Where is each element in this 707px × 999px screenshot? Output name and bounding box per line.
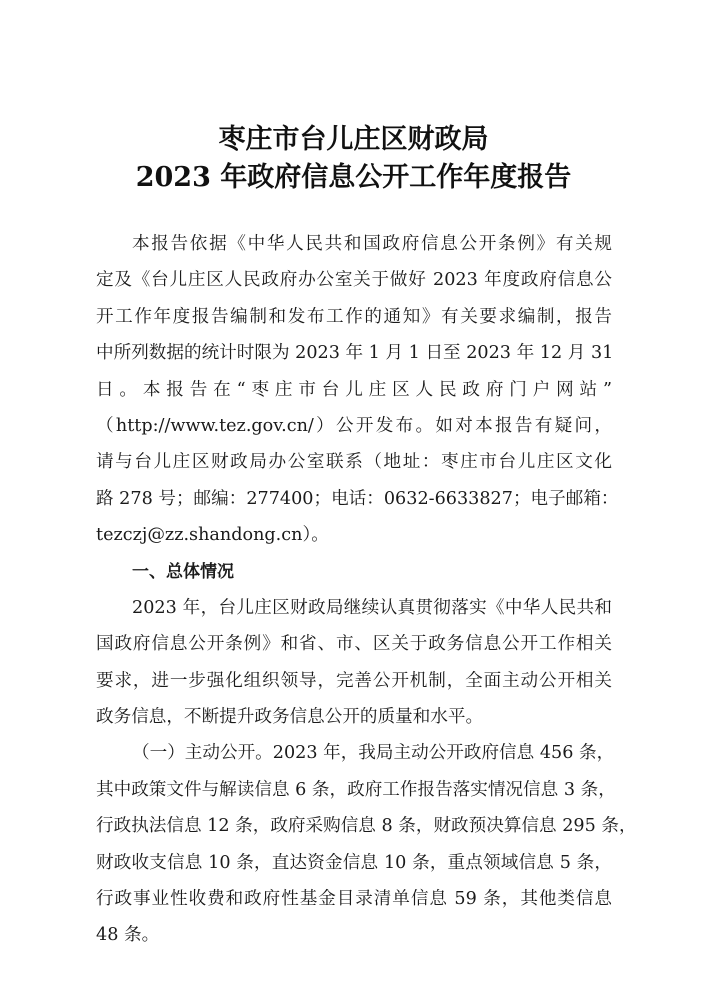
intro-line-1: 本报告依据《中华人民共和国政府信息公开条例》有关规 xyxy=(96,226,612,262)
document-title-line2: 2023 年政府信息公开工作年度报告 xyxy=(0,155,707,194)
intro-line-3: 开工作年度报告编制和发布工作的通知》有关要求编制，报告 xyxy=(96,299,612,335)
proactive-disclosure-line-2: 其中政策文件与解读信息 6 条，政府工作报告落实情况信息 3 条， xyxy=(96,772,612,808)
intro-line-2: 定及《台儿庄区人民政府办公室关于做好 2023 年度政府信息公 xyxy=(96,262,612,298)
section-heading-overview: 一、总体情况 xyxy=(96,554,612,590)
overview-line-3: 要求，进一步强化组织领导，完善公开机制，全面主动公开相关 xyxy=(96,663,612,699)
document-title-line1: 枣庄市台儿庄区财政局 xyxy=(0,117,707,156)
overview-line-2: 国政府信息公开条例》和省、市、区关于政务信息公开工作相关 xyxy=(96,626,612,662)
overview-line-4: 政务信息，不断提升政务信息公开的质量和水平。 xyxy=(96,699,612,735)
intro-line-9: tezczj@zz.shandong.cn）。 xyxy=(96,517,612,553)
proactive-disclosure-line-5: 行政事业性收费和政府性基金目录清单信息 59 条，其他类信息 xyxy=(96,881,612,917)
document-body: 本报告依据《中华人民共和国政府信息公开条例》有关规 定及《台儿庄区人民政府办公室… xyxy=(96,226,612,954)
intro-line-4: 中所列数据的统计时限为 2023 年 1 月 1 日至 2023 年 12 月 … xyxy=(96,335,612,371)
intro-line-5: 日。本报告在“枣庄市台儿庄区人民政府门户网站” xyxy=(96,372,612,408)
intro-line-8: 路 278 号；邮编：277400；电话：0632-6633827；电子邮箱： xyxy=(96,481,612,517)
overview-line-1: 2023 年，台儿庄区财政局继续认真贯彻落实《中华人民共和 xyxy=(96,590,612,626)
intro-line-7: 请与台儿庄区财政局办公室联系（地址：枣庄市台儿庄区文化 xyxy=(96,444,612,480)
intro-line-6: （http://www.tez.gov.cn/）公开发布。如对本报告有疑问， xyxy=(96,408,612,444)
proactive-disclosure-line-1: （一）主动公开。2023 年，我局主动公开政府信息 456 条， xyxy=(96,735,612,771)
proactive-disclosure-line-3: 行政执法信息 12 条，政府采购信息 8 条，财政预决算信息 295 条， xyxy=(96,808,612,844)
proactive-disclosure-line-6: 48 条。 xyxy=(96,917,612,953)
proactive-disclosure-line-4: 财政收支信息 10 条，直达资金信息 10 条，重点领域信息 5 条， xyxy=(96,845,612,881)
